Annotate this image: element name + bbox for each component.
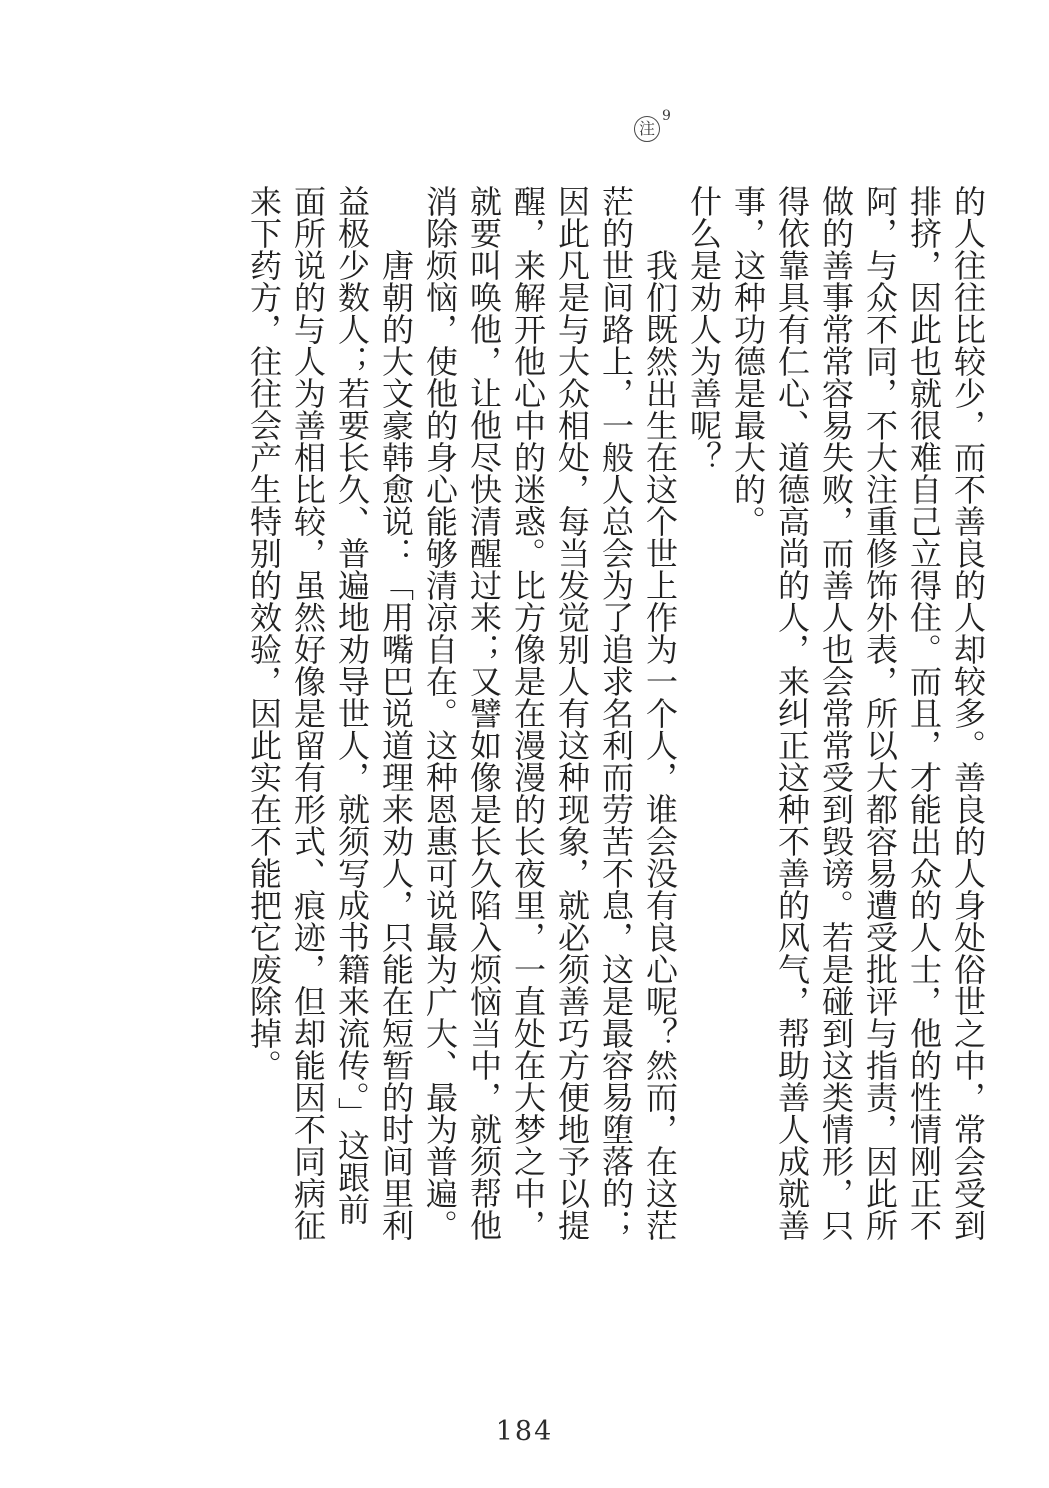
- note-superscript: 9: [662, 109, 671, 123]
- note-marker: 注 9: [634, 116, 671, 142]
- continuation-paragraph: 的人往往比较少，而不善良的人却较多。善良的人身处俗世之中，常会受到排挤，因此也就…: [726, 185, 990, 1241]
- note-symbol: 注: [639, 121, 655, 137]
- section-heading: 什么是劝人为善呢？: [682, 185, 726, 1241]
- paragraph-2: 唐朝的大文豪韩愈说：「用嘴巴说道理来劝人，只能在短暂的时间里利益极少数人；若要长…: [242, 185, 418, 1241]
- book-page: 注 9 的人往往比较少，而不善良的人却较多。善良的人身处俗世之中，常会受到排挤，…: [0, 0, 1049, 1488]
- page-number: 184: [0, 1416, 1049, 1447]
- circled-note-icon: 注: [634, 116, 660, 142]
- vertical-text-body: 的人往往比较少，而不善良的人却较多。善良的人身处俗世之中，常会受到排挤，因此也就…: [154, 185, 990, 1241]
- paragraph-1: 我们既然出生在这个世上作为一个人，谁会没有良心呢？然而，在这茫茫的世间路上，一般…: [418, 185, 682, 1241]
